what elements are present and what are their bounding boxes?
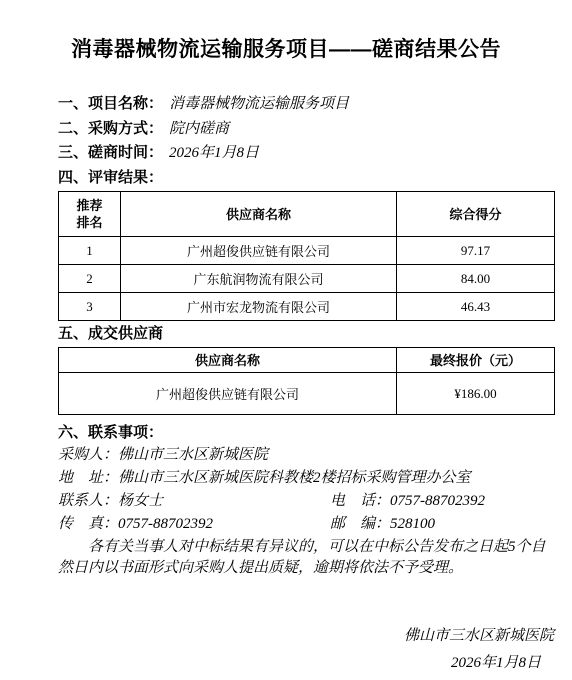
fax-line: 传 真：0757-88702392 bbox=[58, 513, 330, 536]
winner-header-supplier: 供应商名称 bbox=[59, 348, 397, 373]
fax-postcode-row: 传 真：0757-88702392 邮 编：528100 bbox=[58, 513, 554, 536]
section-heading-review: 四、评审结果： bbox=[58, 166, 554, 190]
review-header-score: 综合得分 bbox=[397, 192, 555, 237]
winner-header-price: 最终报价（元） bbox=[397, 348, 555, 373]
rank-cell: 3 bbox=[59, 293, 121, 321]
score-cell: 46.43 bbox=[397, 293, 555, 321]
objection-notice: 各有关当事人对中标结果有异议的，可以在中标公告发布之日起5个自然日内以书面形式向… bbox=[58, 537, 554, 579]
review-header-supplier: 供应商名称 bbox=[121, 192, 397, 237]
issuer-name: 佛山市三水区新城医院 bbox=[58, 625, 554, 648]
review-header-rank: 推荐 排名 bbox=[59, 192, 121, 237]
supplier-cell: 广州市宏龙物流有限公司 bbox=[121, 293, 397, 321]
phone-line: 电 话：0757-88702392 bbox=[330, 490, 485, 513]
winner-table: 供应商名称 最终报价（元） 广州超俊供应链有限公司 ¥186.00 bbox=[58, 347, 555, 415]
procurement-method-line: 二、采购方式：院内磋商 bbox=[58, 117, 554, 142]
document-content: 一、项目名称：消毒器械物流运输服务项目 二、采购方式：院内磋商 三、磋商时间：2… bbox=[58, 92, 554, 675]
signature-block: 佛山市三水区新城医院 2026年1月8日 bbox=[58, 625, 554, 675]
winner-supplier-cell: 广州超俊供应链有限公司 bbox=[59, 373, 397, 415]
procurement-method-label: 二、采购方式： bbox=[58, 120, 163, 137]
score-cell: 84.00 bbox=[397, 265, 555, 293]
issue-date: 2026年1月8日 bbox=[58, 652, 554, 675]
document-title: 消毒器械物流运输服务项目——磋商结果公告 bbox=[0, 0, 572, 64]
winner-price-cell: ¥186.00 bbox=[397, 373, 555, 415]
negotiation-date-line: 三、磋商时间：2026年1月8日 bbox=[58, 141, 554, 166]
review-table-row: 3 广州市宏龙物流有限公司 46.43 bbox=[59, 293, 555, 321]
section-heading-winner: 五、成交供应商 bbox=[58, 323, 554, 345]
review-table-header-row: 推荐 排名 供应商名称 综合得分 bbox=[59, 192, 555, 237]
negotiation-date-label: 三、磋商时间： bbox=[58, 144, 163, 161]
document-page: 消毒器械物流运输服务项目——磋商结果公告 一、项目名称：消毒器械物流运输服务项目… bbox=[0, 0, 572, 680]
address-line: 地 址：佛山市三水区新城医院科教楼2楼招标采购管理办公室 bbox=[58, 467, 554, 490]
contact-person-line: 联系人：杨女士 bbox=[58, 490, 330, 513]
winner-table-row: 广州超俊供应链有限公司 ¥186.00 bbox=[59, 373, 555, 415]
project-info-block: 一、项目名称：消毒器械物流运输服务项目 二、采购方式：院内磋商 三、磋商时间：2… bbox=[58, 92, 554, 189]
review-result-table: 推荐 排名 供应商名称 综合得分 1 广州超俊供应链有限公司 97.17 2 广… bbox=[58, 191, 555, 321]
supplier-cell: 广东航润物流有限公司 bbox=[121, 265, 397, 293]
contact-phone-row: 联系人：杨女士 电 话：0757-88702392 bbox=[58, 490, 554, 513]
rank-cell: 1 bbox=[59, 237, 121, 265]
negotiation-date-value: 2026年1月8日 bbox=[169, 145, 259, 161]
review-table-row: 1 广州超俊供应链有限公司 97.17 bbox=[59, 237, 555, 265]
score-cell: 97.17 bbox=[397, 237, 555, 265]
project-name-value: 消毒器械物流运输服务项目 bbox=[169, 96, 349, 112]
procurement-method-value: 院内磋商 bbox=[169, 121, 229, 137]
rank-cell: 2 bbox=[59, 265, 121, 293]
project-name-label: 一、项目名称： bbox=[58, 95, 163, 112]
project-name-line: 一、项目名称：消毒器械物流运输服务项目 bbox=[58, 92, 554, 117]
review-table-row: 2 广东航润物流有限公司 84.00 bbox=[59, 265, 555, 293]
purchaser-line: 采购人：佛山市三水区新城医院 bbox=[58, 444, 554, 467]
contact-block: 采购人：佛山市三水区新城医院 地 址：佛山市三水区新城医院科教楼2楼招标采购管理… bbox=[58, 444, 554, 536]
section-heading-contact: 六、联系事项： bbox=[58, 421, 554, 444]
supplier-cell: 广州超俊供应链有限公司 bbox=[121, 237, 397, 265]
winner-table-header-row: 供应商名称 最终报价（元） bbox=[59, 348, 555, 373]
postcode-line: 邮 编：528100 bbox=[330, 513, 435, 536]
